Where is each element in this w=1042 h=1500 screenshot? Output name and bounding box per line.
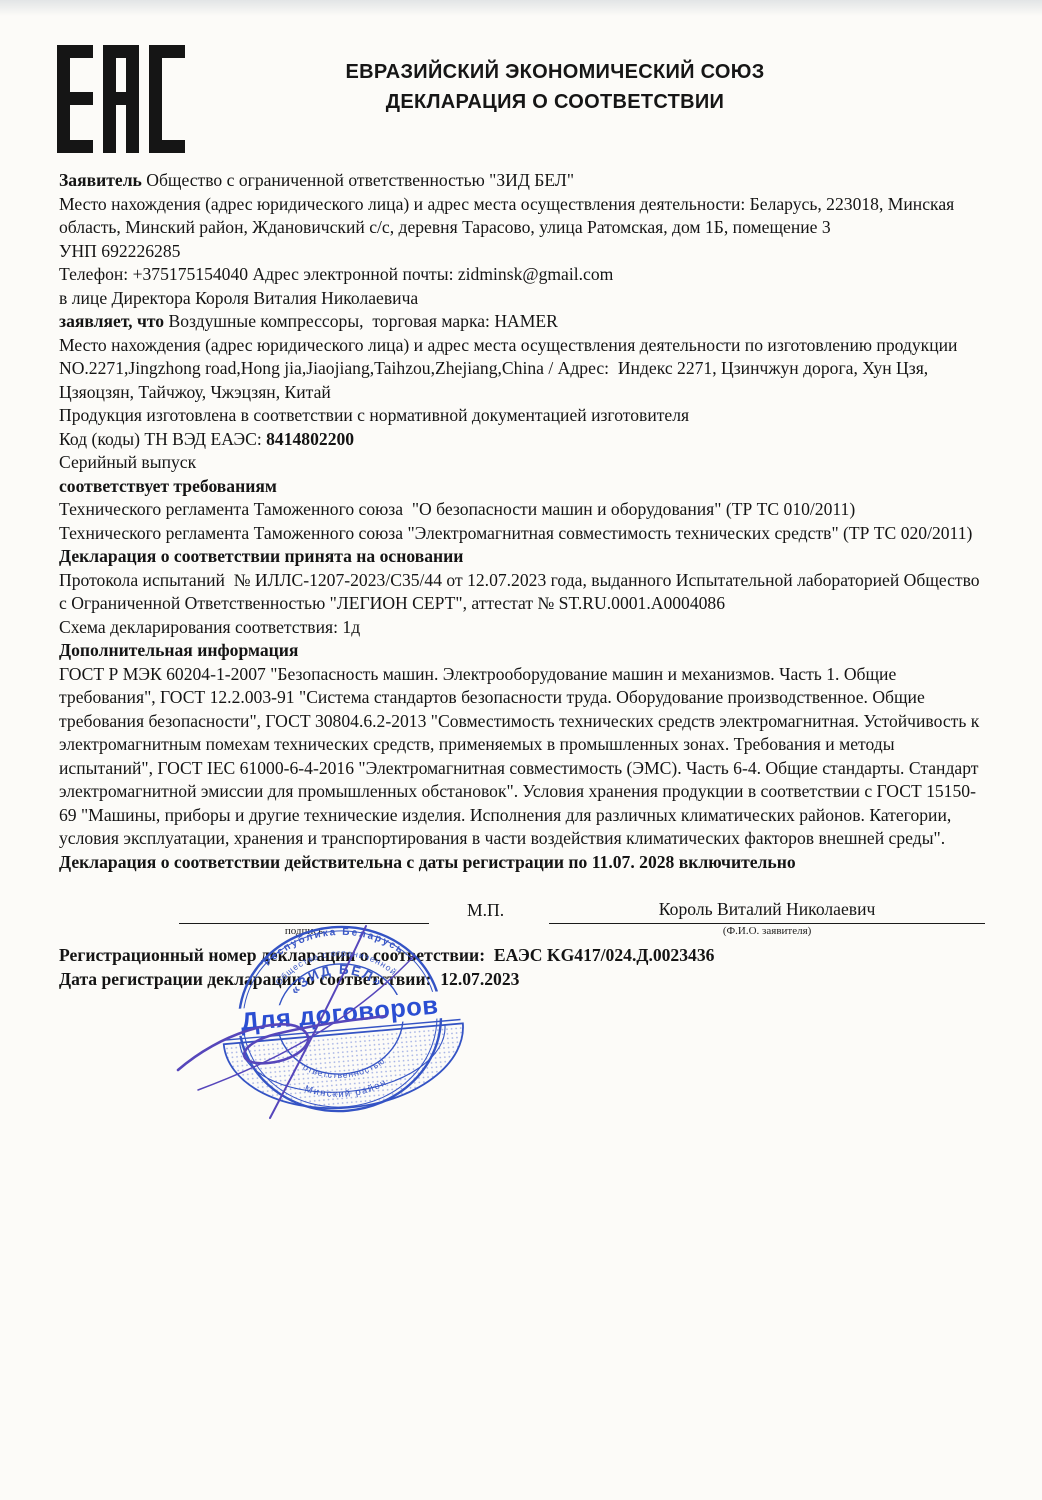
registration-number-value: ЕАЭС KG417/024.Д.0023436	[494, 945, 715, 965]
regulation-2: Технического регламента Таможенного союз…	[59, 522, 985, 546]
eac-logo-icon	[57, 45, 185, 153]
additional-info-text: ГОСТ Р МЭК 60204-1-2007 "Безопасность ма…	[59, 663, 985, 851]
declaration-document: ЕВРАЗИЙСКИЙ ЭКОНОМИЧЕСКИЙ СОЮЗ ДЕКЛАРАЦИ…	[0, 0, 1042, 1500]
document-title: ЕВРАЗИЙСКИЙ ЭКОНОМИЧЕСКИЙ СОЮЗ ДЕКЛАРАЦИ…	[280, 57, 830, 117]
basis-text: Протокола испытаний № ИЛЛС-1207-2023/С35…	[59, 569, 985, 616]
basis-heading-text: Декларация о соответствии принята на осн…	[59, 546, 463, 566]
stamp-body: Республика Беларусь Минский район Общест…	[214, 917, 469, 1121]
title-line-declaration: ДЕКЛАРАЦИЯ О СООТВЕТСТВИИ	[280, 87, 830, 117]
scheme-line: Схема декларирования соответствия: 1д	[59, 616, 985, 640]
tnved-code: 8414802200	[266, 429, 354, 449]
applicant-address: Место нахождения (адрес юридического лиц…	[59, 193, 985, 240]
validity-line: Декларация о соответствии действительна …	[59, 851, 985, 875]
tnved-line: Код (коды) ТН ВЭД ЕАЭС: 8414802200	[59, 428, 985, 452]
serial-type: Серийный выпуск	[59, 451, 985, 475]
declares-text: Воздушные компрессоры, торговая марка: H…	[164, 311, 558, 331]
document-body: Заявитель Общество с ограниченной ответс…	[59, 169, 985, 991]
manufacturer-address: Место нахождения (адрес юридического лиц…	[59, 334, 985, 405]
scan-shadow	[0, 0, 1042, 16]
basis-heading: Декларация о соответствии принята на осн…	[59, 545, 985, 569]
additional-info-heading: Дополнительная информация	[59, 639, 985, 663]
compliance-heading-text: соответствует требованиям	[59, 476, 277, 496]
applicant-unp: УНП 692226285	[59, 240, 985, 264]
title-line-union: ЕВРАЗИЙСКИЙ ЭКОНОМИЧЕСКИЙ СОЮЗ	[280, 57, 830, 87]
applicant-contacts: Телефон: +375175154040 Адрес электронной…	[59, 263, 985, 287]
declares-label: заявляет, что	[59, 311, 164, 331]
production-note: Продукция изготовлена в соответствии с н…	[59, 404, 985, 428]
declarant-name-caption: (Ф.И.О. заявителя)	[549, 924, 985, 938]
applicant-label: Заявитель	[59, 170, 142, 190]
declaration-subject: заявляет, что Воздушные компрессоры, тор…	[59, 310, 985, 334]
applicant-line: Заявитель Общество с ограниченной ответс…	[59, 169, 985, 193]
applicant-representative: в лице Директора Короля Виталия Николаев…	[59, 287, 985, 311]
declarant-name-field: Король Виталий Николаевич (Ф.И.О. заявит…	[549, 898, 985, 938]
additional-heading-text: Дополнительная информация	[59, 640, 298, 660]
regulation-1: Технического регламента Таможенного союз…	[59, 498, 985, 522]
validity-text: Декларация о соответствии действительна …	[59, 852, 796, 872]
declarant-name: Король Виталий Николаевич	[549, 898, 985, 923]
company-stamp: Республика Беларусь Минский район Общест…	[172, 912, 492, 1132]
compliance-heading: соответствует требованиям	[59, 475, 985, 499]
tnved-label: Код (коды) ТН ВЭД ЕАЭС:	[59, 429, 266, 449]
applicant-name: Общество с ограниченной ответственностью…	[142, 170, 574, 190]
